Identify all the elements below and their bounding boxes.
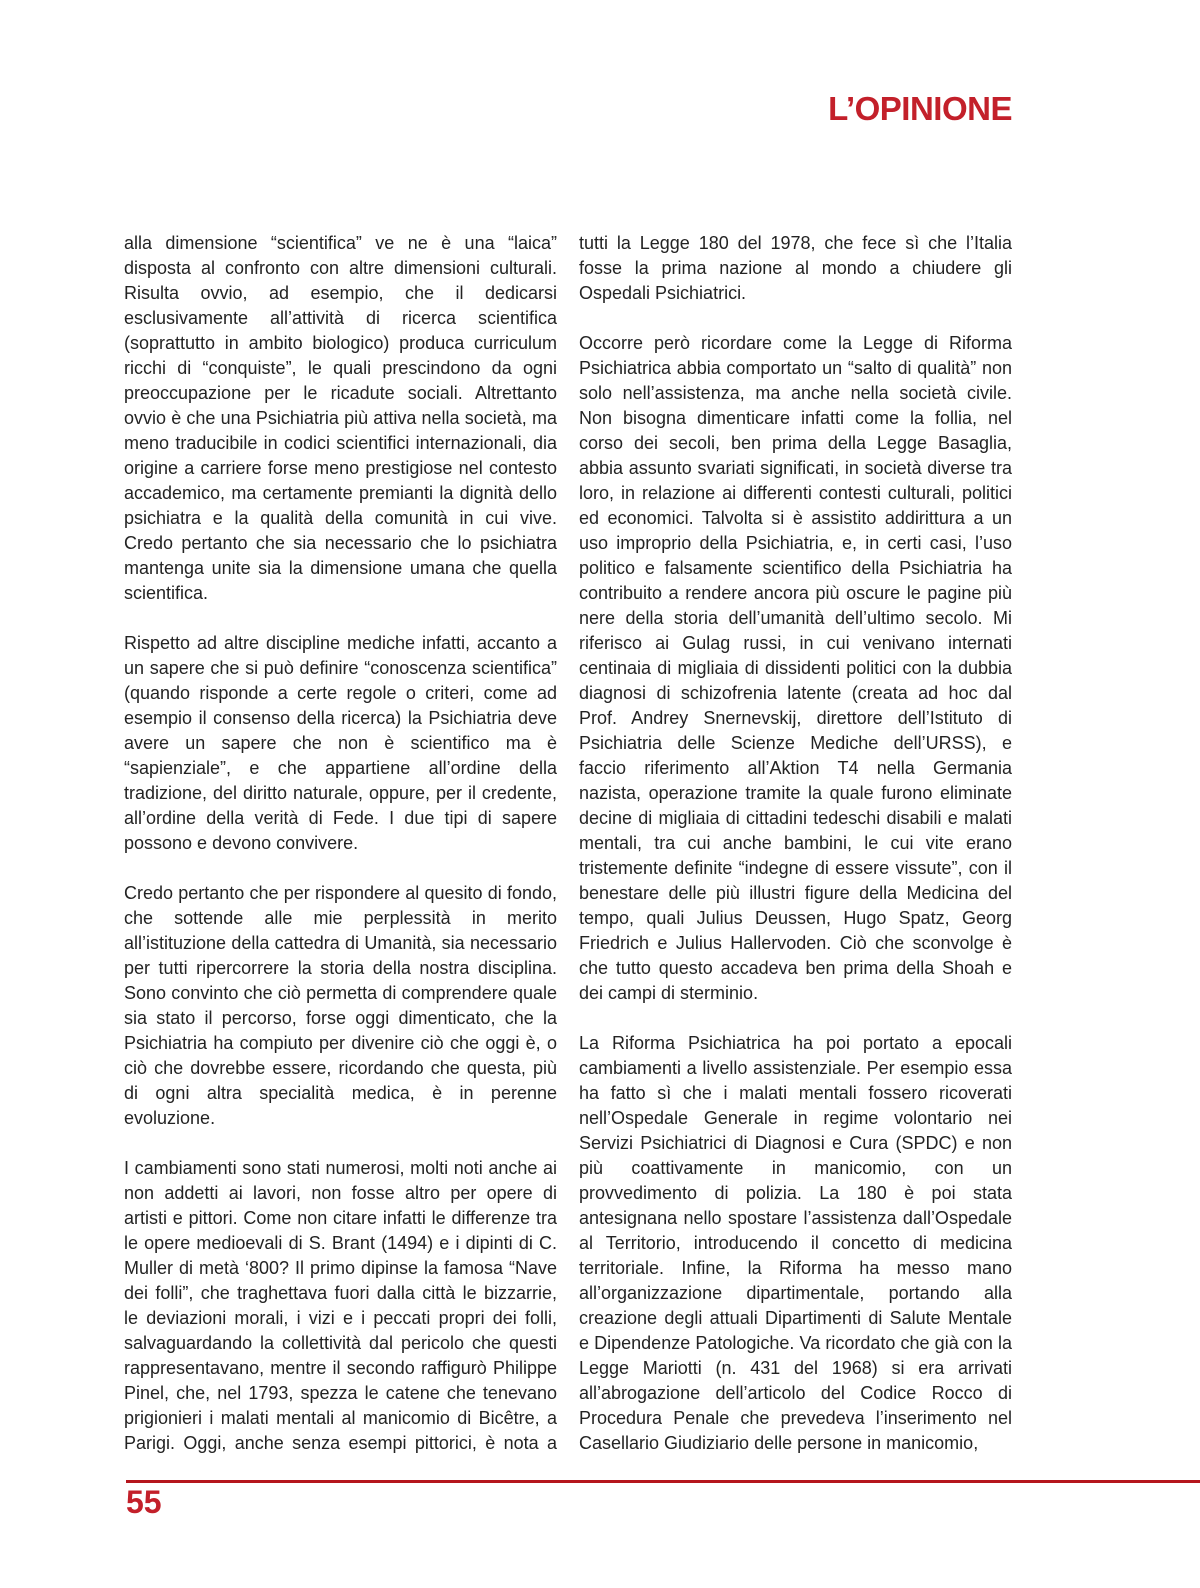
article-paragraph-3: Credo pertanto che per rispondere al que…: [124, 881, 557, 1131]
magazine-page: L’OPINIONE alla dimensione “scientifica”…: [0, 0, 1200, 1588]
footer-divider: [126, 1480, 1200, 1483]
article-paragraph-1: alla dimensione “scientifica” ve ne è un…: [124, 231, 557, 606]
article-paragraph-2: Rispetto ad altre discipline mediche inf…: [124, 631, 557, 856]
article-paragraph-6: La Riforma Psichiatrica ha poi portato a…: [579, 1031, 1012, 1456]
page-number: 55: [126, 1484, 162, 1521]
page-title: L’OPINIONE: [828, 90, 1012, 128]
article-paragraph-5: Occorre però ricordare come la Legge di …: [579, 331, 1012, 1006]
article-body: alla dimensione “scientifica” ve ne è un…: [124, 231, 1012, 1456]
